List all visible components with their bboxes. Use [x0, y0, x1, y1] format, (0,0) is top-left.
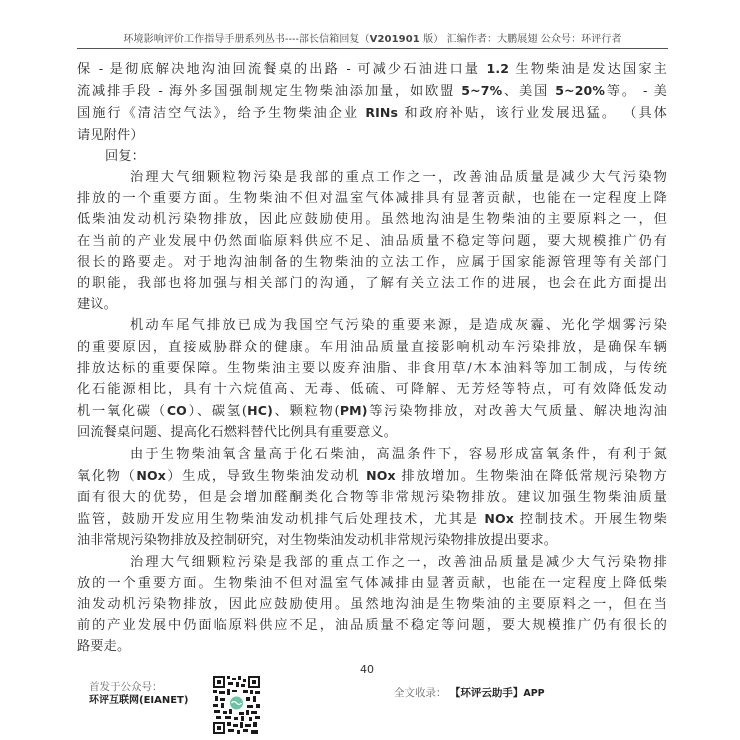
text-line: 前的产业发展中仍面临原料供应不足，油品质量不稳定等问题，要大规模推广仍有很长的 — [77, 615, 667, 636]
text-line: 氧化物（NOx）生成，导致生物柴油发动机 NOx 排放增加。生物柴油在降低常规污… — [77, 465, 667, 487]
reply-paragraphs: 治理大气细颗粒物污染是我部的重点工作之一，改善油品质量是减少大气污染物排放的一个… — [77, 167, 667, 658]
running-header: 环境影响评价工作指导手册系列丛书----部长信箱回复（V201901 版） 汇编… — [77, 33, 668, 49]
first-published-label: 首发于公众号： — [89, 681, 188, 694]
reply-label: 回复： — [77, 146, 667, 167]
text-line: 机动车尾气排放已成为我国空气污染的重要来源，是造成灰霾、光化学烟雾污染 — [77, 315, 667, 336]
reply-paragraph: 治理大气细颗粒污染是我部的重点工作之一，改善油品质量是减少大气污染物排放的一个重… — [77, 552, 667, 658]
app-name: 【环评云助手】APP — [450, 687, 545, 699]
account-name-cn: 环评互联网 — [89, 695, 139, 706]
text-line: 建议。 — [77, 294, 667, 315]
text-line: 放的一个重要方面。生物柴油不但对温室气体减排由显著贡献，也能在一定程度上降低柴 — [77, 573, 667, 594]
text-line: 国施行《清洁空气法》，给予生物柴油企业 RINs 和政府补贴，该行业发展迅猛。 … — [77, 102, 667, 124]
text-line: 监管，鼓励开发应用生物柴油发动机排气后处理技术，尤其是 NOx 控制技术。开展生… — [77, 508, 667, 530]
intro-paragraph: 保 - 是彻底解决地沟油回流餐桌的出路 - 可减少石油进口量 1.2 生物柴油是… — [77, 58, 667, 146]
app-suffix: APP — [523, 688, 544, 699]
text-line: 保 - 是彻底解决地沟油回流餐桌的出路 - 可减少石油进口量 1.2 生物柴油是… — [77, 58, 667, 80]
text-line: 治理大气细颗粒污染是我部的重点工作之一，改善油品质量是减少大气污染物排 — [77, 552, 667, 573]
text-line: 路要走。 — [77, 636, 667, 657]
reply-paragraph: 治理大气细颗粒物污染是我部的重点工作之一，改善油品质量是减少大气污染物排放的一个… — [77, 167, 667, 315]
reply-paragraph: 由于生物柴油氧含量高于化石柴油，高温条件下，容易形成富氧条件，有利于氮氧化物（N… — [77, 444, 667, 552]
text-line: 面有很大的优势，但是会增加醛酮类化合物等非常规污染物排放。建议加强生物柴油质量 — [77, 487, 667, 508]
header-version: V201901 — [370, 34, 420, 45]
header-title-prefix: 环境影响评价工作指导手册系列丛书----部长信箱回复（ — [123, 34, 369, 45]
text-line: 化石能源相比，具有十六烷值高、无毒、低硫、可降解、无芳烃等特点，可有效降低发动 — [77, 379, 667, 400]
app-name-cn: 【环评云助手】 — [450, 687, 524, 699]
footer-publisher: 首发于公众号： 环评互联网(EIANET) — [89, 681, 188, 707]
text-line: 低柴油发动机污染物排放，因此应鼓励使用。虽然地沟油是生物柴油的主要原料之一，但 — [77, 209, 667, 230]
page-number: 40 — [360, 663, 374, 676]
account-name-en: (EIANET) — [139, 695, 188, 706]
reply-paragraph: 机动车尾气排放已成为我国空气污染的重要来源，是造成灰霾、光化学烟雾污染的重要原因… — [77, 315, 667, 443]
text-line: 的重要原因，直接威胁群众的健康。车用油品质量直接影响机动车污染排放，是确保车辆 — [77, 337, 667, 358]
footer-collection: 全文收录： 【环评云助手】APP — [394, 685, 545, 700]
text-line: 在当前的产业发展中仍然面临原料供应不足、油品质量不稳定等问题，要大规模推广仍有 — [77, 231, 667, 252]
text-line: 很长的路要走。对于地沟油制备的生物柴油的立法工作，应属于国家能源管理等有关部门 — [77, 252, 667, 273]
text-line: 流减排手段 - 海外多国强制规定生物柴油添加量，如欧盟 5~7%、美国 5~20… — [77, 80, 667, 102]
text-line: 排放的一个重要方面。生物柴油不但对温室气体减排具有显著贡献，也能在一定程度上降 — [77, 188, 667, 209]
text-line: 油非常规污染物排放及控制研究，对生物柴油发动机非常规污染物排放提出要求。 — [77, 530, 667, 551]
text-line: 排放达标的重要保障。生物柴油主要以废弃油脂、非食用草/木本油料等加工制成，与传统 — [77, 358, 667, 379]
text-line: 油发动机污染物排放，因此应鼓励使用。虽然地沟油是生物柴油的主要原料之一，但在当 — [77, 594, 667, 615]
collection-label: 全文收录： — [394, 687, 447, 699]
text-line: 请见附件） — [77, 125, 667, 146]
header-title-suffix: 版） 汇编作者：大鹏展翅 公众号：环评行者 — [420, 34, 622, 45]
text-line: 机一氧化碳（CO）、碳氢(HC)、颗粒物(PM)等污染物排放，对改善大气质量、解… — [77, 400, 667, 422]
text-line: 回流餐桌问题、提高化石燃料替代比例具有重要意义。 — [77, 422, 667, 443]
qr-code-icon — [213, 676, 260, 734]
document-body: 保 - 是彻底解决地沟油回流餐桌的出路 - 可减少石油进口量 1.2 生物柴油是… — [77, 58, 667, 658]
account-name: 环评互联网(EIANET) — [89, 694, 188, 707]
text-line: 治理大气细颗粒物污染是我部的重点工作之一，改善油品质量是减少大气污染物 — [77, 167, 667, 188]
text-line: 的职能，我部也将加强与相关部门的沟通，了解有关立法工作的进展，也会在此方面提出 — [77, 273, 667, 294]
text-line: 由于生物柴油氧含量高于化石柴油，高温条件下，容易形成富氧条件，有利于氮 — [77, 444, 667, 465]
